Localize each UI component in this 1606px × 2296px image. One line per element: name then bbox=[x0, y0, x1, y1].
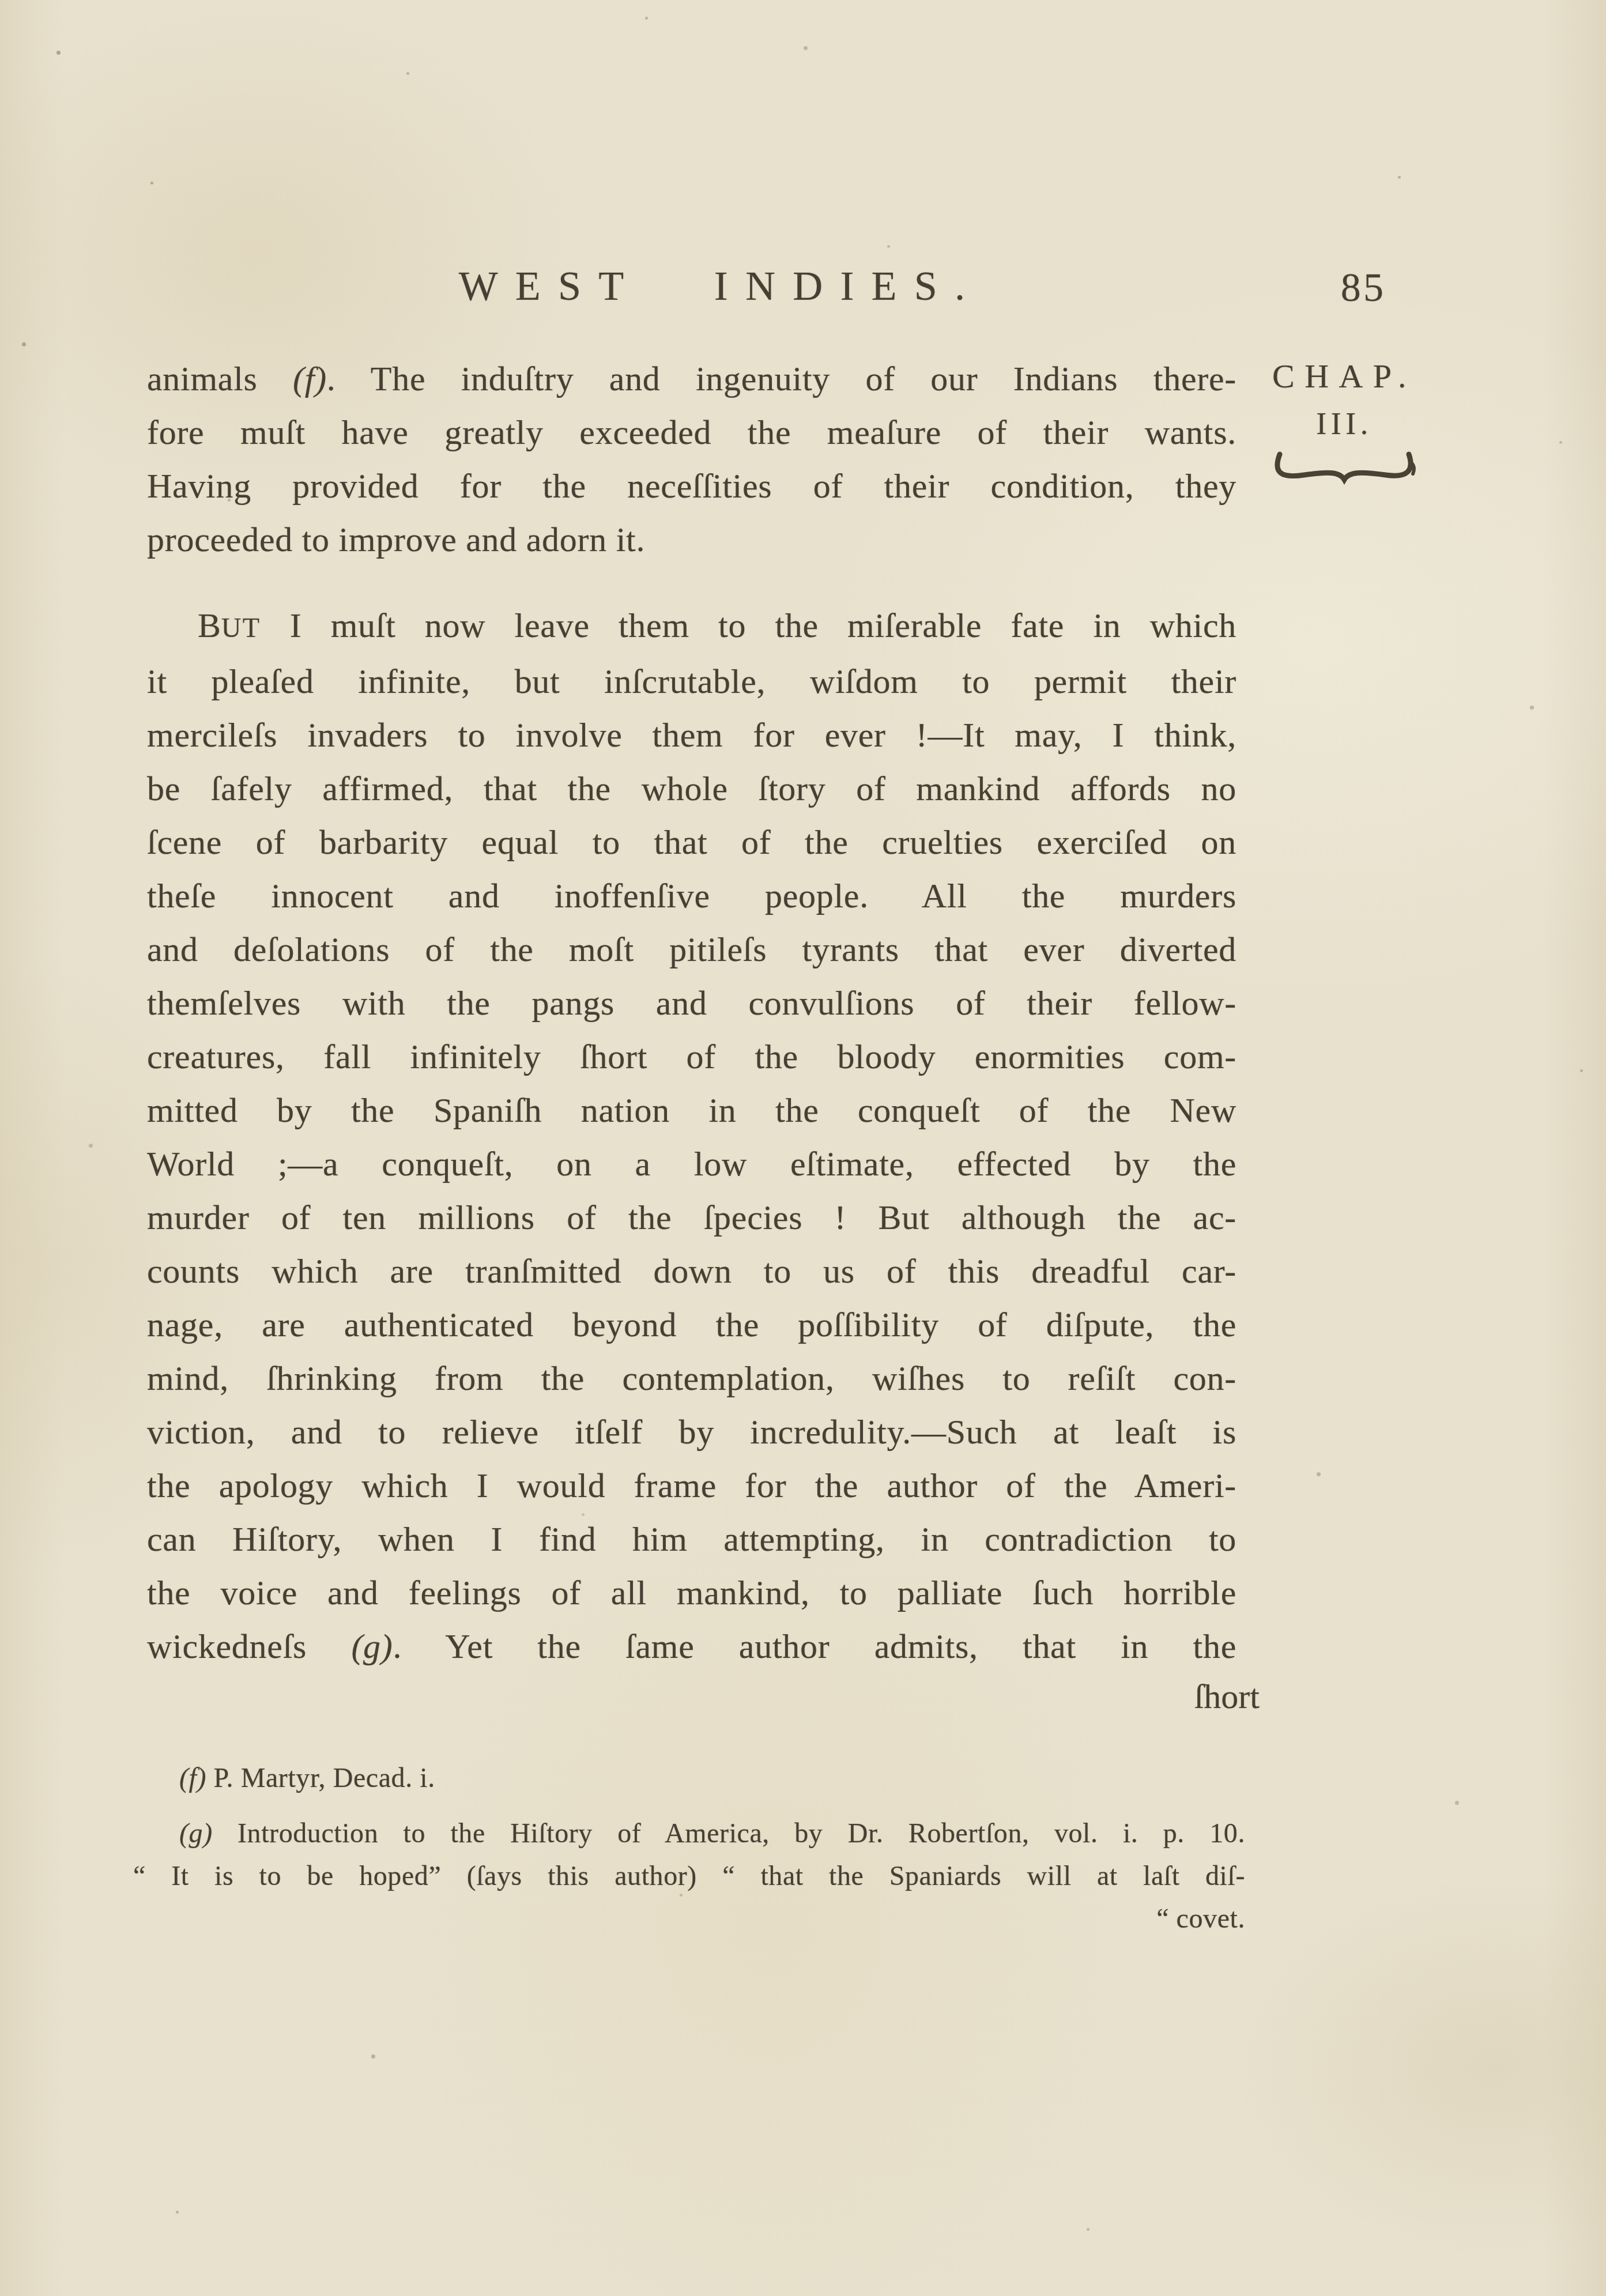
italic-text: (f) bbox=[179, 1763, 206, 1793]
text-line: be ſafely affirmed, that the whole ſtory… bbox=[147, 762, 1236, 816]
text-segment: fore muſt have greatly exceeded the meaſ… bbox=[147, 413, 1236, 451]
paper-specks bbox=[0, 0, 2, 2]
text-line: (f) P. Martyr, Decad. i. bbox=[147, 1757, 1245, 1800]
book-page-scan: WEST INDIES. 85 CHAP. III. animals (f). … bbox=[0, 0, 1606, 2296]
text-line: can Hiſtory, when I find him attempting,… bbox=[147, 1513, 1236, 1566]
text-line: “ It is to be hoped” (ſays this author) … bbox=[133, 1855, 1245, 1898]
text-segment: UT bbox=[221, 613, 261, 643]
italic-text: (f) bbox=[293, 360, 327, 398]
running-head-title: WEST INDIES. bbox=[176, 258, 1265, 314]
text-line: viction, and to relieve itſelf by incred… bbox=[147, 1405, 1236, 1459]
text-line: wickedneſs (g). Yet the ſame author admi… bbox=[147, 1620, 1236, 1673]
text-segment: World ;—a conqueſt, on a low eſtimate, e… bbox=[147, 1145, 1236, 1183]
text-segment: be ſafely affirmed, that the whole ſtory… bbox=[147, 770, 1236, 808]
text-segment: . Yet the ſame author admits, that in th… bbox=[393, 1627, 1236, 1665]
text-segment: I muſt now leave them to the miſerable f… bbox=[261, 606, 1236, 644]
text-segment: . The induſtry and ingenuity of our Indi… bbox=[327, 360, 1236, 398]
text-segment: creatures, fall infinitely ſhort of the … bbox=[147, 1038, 1236, 1076]
text-segment: P. Martyr, Decad. i. bbox=[206, 1763, 435, 1793]
text-line: Having provided for the neceſſities of t… bbox=[147, 459, 1236, 513]
text-segment: nage, are authenticated beyond the poſſi… bbox=[147, 1306, 1236, 1344]
text-segment: can Hiſtory, when I find him attempting,… bbox=[147, 1520, 1236, 1558]
text-line: theſe innocent and inoffenſive people. A… bbox=[147, 869, 1236, 923]
chapter-numeral: III. bbox=[1268, 407, 1420, 440]
text-line: mitted by the Spaniſh nation in the conq… bbox=[147, 1084, 1236, 1137]
text-line: “ covet. bbox=[147, 1898, 1245, 1940]
text-segment: “ It is to be hoped” (ſays this author) … bbox=[133, 1861, 1245, 1891]
text-line: it pleaſed infinite, but inſcrutable, wi… bbox=[147, 655, 1236, 708]
text-segment: it pleaſed infinite, but inſcrutable, wi… bbox=[147, 662, 1236, 700]
footnote-f: (f) P. Martyr, Decad. i. bbox=[147, 1757, 1245, 1800]
paragraph: BUT I muſt now leave them to the miſerab… bbox=[147, 599, 1236, 1673]
page-number: 85 bbox=[1317, 261, 1409, 316]
text-segment: viction, and to relieve itſelf by incred… bbox=[147, 1413, 1236, 1451]
text-segment: and deſolations of the moſt pitileſs tyr… bbox=[147, 930, 1236, 968]
text-segment: B bbox=[198, 606, 221, 644]
footnote-g: (g) Introduction to the Hiſtory of Ameri… bbox=[147, 1812, 1245, 1940]
text-line: the apology which I would frame for the … bbox=[147, 1459, 1236, 1513]
text-line: and deſolations of the moſt pitileſs tyr… bbox=[147, 923, 1236, 977]
text-segment: the apology which I would frame for the … bbox=[147, 1466, 1236, 1505]
text-segment: “ covet. bbox=[1156, 1903, 1245, 1934]
text-segment: mitted by the Spaniſh nation in the conq… bbox=[147, 1091, 1236, 1129]
text-segment: theſe innocent and inoffenſive people. A… bbox=[147, 877, 1236, 915]
chapter-label: CHAP. bbox=[1268, 359, 1420, 394]
text-line: nage, are authenticated beyond the poſſi… bbox=[147, 1298, 1236, 1352]
text-line: creatures, fall infinitely ſhort of the … bbox=[147, 1030, 1236, 1084]
text-line: the voice and feelings of all mankind, t… bbox=[147, 1566, 1236, 1620]
text-line: murder of ten millions of the ſpecies ! … bbox=[147, 1191, 1236, 1245]
catchword: ſhort bbox=[147, 1670, 1260, 1724]
text-segment: the voice and feelings of all mankind, t… bbox=[147, 1574, 1236, 1612]
text-line: World ;—a conqueſt, on a low eſtimate, e… bbox=[147, 1137, 1236, 1191]
italic-text: (g) bbox=[179, 1818, 213, 1849]
text-line: mind, ſhrinking from the contemplation, … bbox=[147, 1352, 1236, 1405]
text-line: animals (f). The induſtry and ingenuity … bbox=[147, 352, 1236, 406]
text-segment: counts which are tranſmitted down to us … bbox=[147, 1252, 1236, 1290]
text-segment: ſcene of barbarity equal to that of the … bbox=[147, 823, 1236, 861]
text-segment: proceeded to improve and adorn it. bbox=[147, 521, 645, 559]
margin-chapter-note: CHAP. III. bbox=[1268, 359, 1420, 491]
text-line: BUT I muſt now leave them to the miſerab… bbox=[147, 599, 1236, 655]
text-segment: animals bbox=[147, 360, 293, 398]
text-segment: Introduction to the Hiſtory of America, … bbox=[213, 1818, 1245, 1849]
text-segment: murder of ten millions of the ſpecies ! … bbox=[147, 1198, 1236, 1236]
text-segment: mercileſs invaders to involve them for e… bbox=[147, 716, 1236, 754]
chapter-brace-flourish bbox=[1268, 450, 1420, 491]
paragraph: animals (f). The induſtry and ingenuity … bbox=[147, 352, 1236, 567]
text-segment: wickedneſs bbox=[147, 1627, 351, 1665]
text-line: mercileſs invaders to involve them for e… bbox=[147, 708, 1236, 762]
text-segment: Having provided for the neceſſities of t… bbox=[147, 467, 1236, 505]
text-line: fore muſt have greatly exceeded the meaſ… bbox=[147, 406, 1236, 459]
text-segment: themſelves with the pangs and convulſion… bbox=[147, 984, 1236, 1022]
text-line: proceeded to improve and adorn it. bbox=[147, 513, 1236, 567]
italic-text: (g) bbox=[351, 1627, 393, 1665]
text-segment: mind, ſhrinking from the contemplation, … bbox=[147, 1359, 1236, 1397]
footnotes-section: (f) P. Martyr, Decad. i. (g) Introductio… bbox=[147, 1757, 1245, 1940]
text-line: themſelves with the pangs and convulſion… bbox=[147, 977, 1236, 1030]
text-line: (g) Introduction to the Hiſtory of Ameri… bbox=[147, 1812, 1245, 1855]
text-line: counts which are tranſmitted down to us … bbox=[147, 1245, 1236, 1298]
text-line: ſcene of barbarity equal to that of the … bbox=[147, 816, 1236, 869]
